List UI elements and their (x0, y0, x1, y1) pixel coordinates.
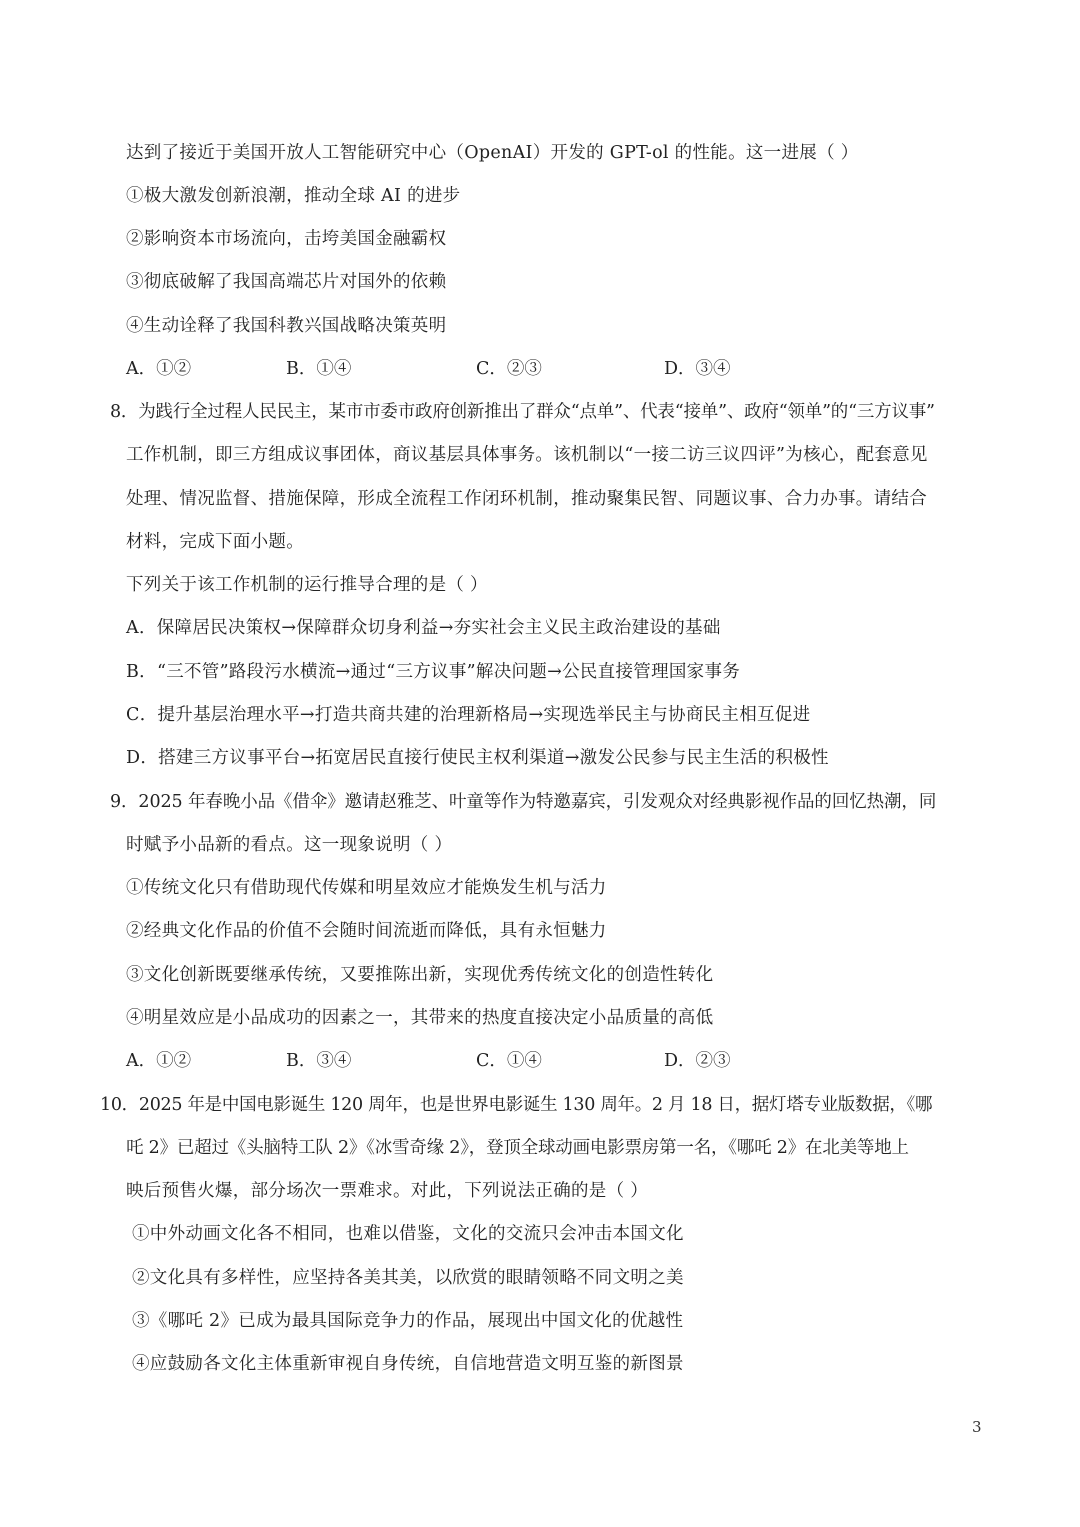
q8-option-d: D．搭建三方议事平台→拓宽居民直接行使民主权利渠道→激发公民参与民主生活的积极性 (126, 746, 829, 770)
q10-stem-line-1: 10．2025 年是中国电影诞生 120 周年，也是世界电影诞生 130 周年。… (100, 1093, 932, 1117)
q8-stem-line-1: 8．为践行全过程人民民主，某市市委市政府创新推出了群众“点单”、代表“接单”、政… (110, 400, 935, 424)
q8-option-a: A．保障居民决策权→保障群众切身利益→夯实社会主义民主政治建设的基础 (126, 616, 721, 640)
q8-stem-line-2: 工作机制，即三方组成议事团体，商议基层具体事务。该机制以“一接二访三议四评”为核… (126, 443, 928, 467)
q9-option-a: A．①② (126, 1049, 191, 1073)
q9-option-c: C．①④ (476, 1049, 542, 1073)
q7-option-d: D．③④ (664, 357, 731, 381)
q8-option-b: B．“三不管”路段污水横流→通过“三方议事”解决问题→公民直接管理国家事务 (126, 660, 740, 684)
q9-stem-line-1: 9．2025 年春晚小品《借伞》邀请赵雅芝、叶童等作为特邀嘉宾，引发观众对经典影… (110, 790, 936, 814)
q7-option-c: C．②③ (476, 357, 542, 381)
q9-statement-1: ①传统文化只有借助现代传媒和明星效应才能焕发生机与活力 (126, 876, 607, 900)
page-number: 3 (972, 1418, 982, 1436)
q7-statement-3: ③彻底破解了我国高端芯片对国外的依赖 (126, 270, 446, 294)
q7-stem-tail: 达到了接近于美国开放人工智能研究中心（OpenAI）开发的 GPT-ol 的性能… (126, 141, 859, 165)
q8-sub-question: 下列关于该工作机制的运行推导合理的是（ ） (126, 573, 488, 597)
q7-statement-2: ②影响资本市场流向，击垮美国金融霸权 (126, 227, 446, 251)
q7-statement-1: ①极大激发创新浪潮，推动全球 AI 的进步 (126, 184, 460, 208)
q10-statement-3: ③《哪吒 2》已成为最具国际竞争力的作品，展现出中国文化的优越性 (132, 1309, 683, 1333)
q7-statement-4: ④生动诠释了我国科教兴国战略决策英明 (126, 314, 446, 338)
q10-statement-4: ④应鼓励各文化主体重新审视自身传统，自信地营造文明互鉴的新图景 (132, 1352, 684, 1376)
q9-statement-3: ③文化创新既要继承传统，又要推陈出新，实现优秀传统文化的创造性转化 (126, 963, 713, 987)
q8-option-c: C．提升基层治理水平→打造共商共建的治理新格局→实现选举民主与协商民主相互促进 (126, 703, 810, 727)
q10-stem-line-3: 映后预售火爆，部分场次一票难求。对此，下列说法正确的是（ ） (126, 1179, 648, 1203)
q8-stem-line-3: 处理、情况监督、措施保障，形成全流程工作闭环机制，推动聚集民智、同题议事、合力办… (126, 487, 927, 511)
q10-stem-line-2: 吒 2》已超过《头脑特工队 2》《冰雪奇缘 2》，登顶全球动画电影票房第一名，《… (126, 1136, 909, 1160)
q9-option-d: D．②③ (664, 1049, 731, 1073)
q7-option-a: A．①② (126, 357, 191, 381)
q9-statement-4: ④明星效应是小品成功的因素之一，其带来的热度直接决定小品质量的高低 (126, 1006, 713, 1030)
q9-statement-2: ②经典文化作品的价值不会随时间流逝而降低，具有永恒魅力 (126, 919, 607, 943)
q9-option-b: B．③④ (286, 1049, 351, 1073)
q7-option-b: B．①④ (286, 357, 351, 381)
q8-stem-line-4: 材料，完成下面小题。 (126, 530, 304, 554)
q10-statement-2: ②文化具有多样性，应坚持各美其美，以欣赏的眼睛领略不同文明之美 (132, 1266, 684, 1290)
q9-stem-line-2: 时赋予小品新的看点。这一现象说明（ ） (126, 833, 452, 857)
q10-statement-1: ①中外动画文化各不相同，也难以借鉴，文化的交流只会冲击本国文化 (132, 1222, 684, 1246)
